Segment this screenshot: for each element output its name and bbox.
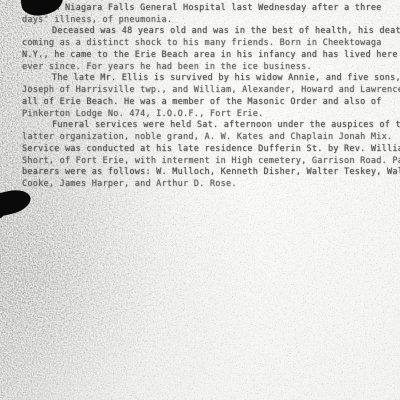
ink-blob-mid-left xyxy=(0,187,33,219)
text-line: Cooke, James Harper, and Arthur D. Rose. xyxy=(22,179,396,191)
text-line: Joseph of Harrisville twp., and William,… xyxy=(22,85,396,97)
obituary-text-block: a well known resident of this district, … xyxy=(22,0,396,191)
text-line: Service was conducted at his late reside… xyxy=(22,144,396,156)
text-line: all of Erie Beach. He was a member of th… xyxy=(22,97,396,109)
text-line: away in Niagara Falls General Hospital l… xyxy=(22,3,396,15)
text-line: Pinkerton Lodge No. 474, I.O.O.F., Fort … xyxy=(22,109,396,121)
text-line: latter organization, noble grand, A. W. … xyxy=(22,132,396,144)
text-line: N.Y., he came to the Erie Beach area in … xyxy=(22,50,396,62)
text-line: ever since. For years he had been in the… xyxy=(22,62,396,74)
text-line: Funeral services were held Sat. afternoo… xyxy=(22,120,396,132)
text-line: coming as a distinct shock to his many f… xyxy=(22,38,396,50)
text-line: The late Mr. Ellis is survived by his wi… xyxy=(22,73,396,85)
scanned-page: a well known resident of this district, … xyxy=(0,0,400,400)
text-line: Deceased was 48 years old and was in the… xyxy=(22,26,396,38)
text-line: Short, of Fort Erie, with interment in H… xyxy=(22,156,396,168)
text-line: days' illness, of pneumonia. xyxy=(22,15,396,27)
text-line: bearers were as follows: W. Mulloch, Ken… xyxy=(22,167,396,179)
